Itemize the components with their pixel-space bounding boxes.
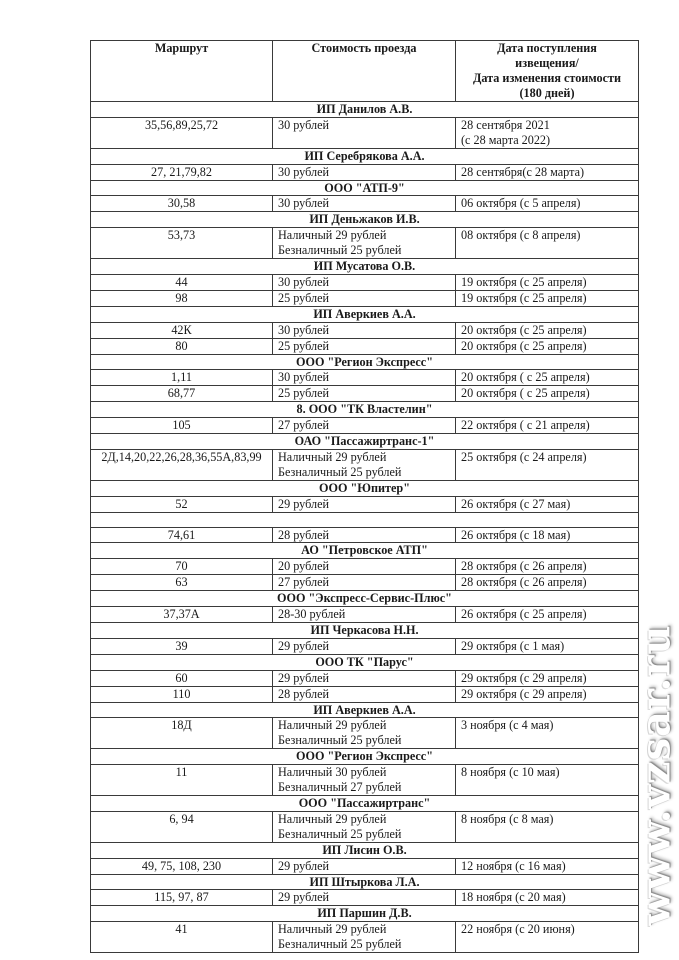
- price-line: 29 рублей: [278, 890, 450, 905]
- carrier-name: ООО "Экспресс-Сервис-Плюс": [91, 591, 639, 607]
- table-row: 41Наличный 29 рублейБезналичный 25 рубле…: [91, 922, 639, 953]
- carrier-name: ИП Аверкиев А.А.: [91, 702, 639, 718]
- carrier-section-row: ООО ТК "Парус": [91, 654, 639, 670]
- date-cell: 20 октября (с 25 апреля): [456, 322, 639, 338]
- carrier-name: ООО "Регион Экспресс": [91, 749, 639, 765]
- date-cell: 26 октября (с 27 мая): [456, 496, 639, 512]
- date-cell: 28 сентября(с 28 марта): [456, 164, 639, 180]
- route-cell: 53,73: [91, 228, 273, 259]
- date-line: 19 октября (с 25 апреля): [461, 275, 633, 290]
- carrier-section-row: ИП Черкасова Н.Н.: [91, 623, 639, 639]
- document-page: Маршрут Стоимость проезда Дата поступлен…: [0, 0, 679, 960]
- price-cell: Наличный 30 рублейБезналичный 27 рублей: [273, 765, 456, 796]
- price-line: 30 рублей: [278, 370, 450, 385]
- price-line: Наличный 29 рублей: [278, 228, 450, 243]
- price-line: Наличный 29 рублей: [278, 812, 450, 827]
- table-row: 53,73Наличный 29 рублейБезналичный 25 ру…: [91, 228, 639, 259]
- header-date: Дата поступления извещения/ Дата изменен…: [456, 41, 639, 102]
- table-row: 7020 рублей28 октября (с 26 апреля): [91, 559, 639, 575]
- route-cell: 110: [91, 686, 273, 702]
- price-cell: 30 рублей: [273, 196, 456, 212]
- table-row: 74,6128 рублей26 октября (с 18 мая): [91, 527, 639, 543]
- carrier-section-row: ИП Аверкиев А.А.: [91, 702, 639, 718]
- carrier-section-row: ИП Серебрякова А.А.: [91, 148, 639, 164]
- price-line: Безналичный 25 рублей: [278, 465, 450, 480]
- route-cell: 11: [91, 765, 273, 796]
- date-cell: 26 октября (с 25 апреля): [456, 607, 639, 623]
- date-line: 06 октября (с 5 апреля): [461, 196, 633, 211]
- price-cell: 28 рублей: [273, 686, 456, 702]
- carrier-section-row: ИП Аверкиев А.А.: [91, 306, 639, 322]
- date-line: 22 ноября (с 20 июня): [461, 922, 633, 937]
- table-row: 3929 рублей29 октября (с 1 мая): [91, 638, 639, 654]
- date-line: 25 октября (с 24 апреля): [461, 450, 633, 465]
- route-cell: 6, 94: [91, 811, 273, 842]
- date-cell: 08 октября (с 8 апреля): [456, 228, 639, 259]
- route-cell: 115, 97, 87: [91, 890, 273, 906]
- date-cell: 26 октября (с 18 мая): [456, 527, 639, 543]
- date-cell: 19 октября (с 25 апреля): [456, 290, 639, 306]
- date-cell: 28 октября (с 26 апреля): [456, 559, 639, 575]
- carrier-section-row: АО "Петровское АТП": [91, 543, 639, 559]
- price-line: Наличный 29 рублей: [278, 450, 450, 465]
- header-date-line: Дата изменения стоимости: [461, 71, 633, 86]
- price-cell: 29 рублей: [273, 638, 456, 654]
- price-cell: 27 рублей: [273, 575, 456, 591]
- price-line: Безналичный 27 рублей: [278, 780, 450, 795]
- table-row: 68,7725 рублей20 октября ( с 25 апреля): [91, 386, 639, 402]
- price-cell: Наличный 29 рублейБезналичный 25 рублей: [273, 922, 456, 953]
- table-row: 5229 рублей26 октября (с 27 мая): [91, 496, 639, 512]
- date-cell: 20 октября ( с 25 апреля): [456, 386, 639, 402]
- carrier-name: ИП Черкасова Н.Н.: [91, 623, 639, 639]
- table-row: 1,1130 рублей20 октября ( с 25 апреля): [91, 370, 639, 386]
- date-line: 28 октября (с 26 апреля): [461, 559, 633, 574]
- price-cell: 30 рублей: [273, 322, 456, 338]
- date-line: 29 октября (с 29 апреля): [461, 671, 633, 686]
- table-row: 8025 рублей20 октября (с 25 апреля): [91, 338, 639, 354]
- route-cell: 74,61: [91, 527, 273, 543]
- route-cell: 80: [91, 338, 273, 354]
- date-cell: 20 октября ( с 25 апреля): [456, 370, 639, 386]
- price-cell: Наличный 29 рублейБезналичный 25 рублей: [273, 228, 456, 259]
- date-cell: 8 ноября (с 8 мая): [456, 811, 639, 842]
- price-cell: 25 рублей: [273, 290, 456, 306]
- price-cell: 25 рублей: [273, 338, 456, 354]
- price-line: Наличный 30 рублей: [278, 765, 450, 780]
- carrier-name: ИП Паршин Д.В.: [91, 906, 639, 922]
- table-row: 6, 94Наличный 29 рублейБезналичный 25 ру…: [91, 811, 639, 842]
- route-cell: 37,37А: [91, 607, 273, 623]
- price-line: 30 рублей: [278, 165, 450, 180]
- price-line: 29 рублей: [278, 671, 450, 686]
- carrier-name: ООО "Регион Экспресс": [91, 354, 639, 370]
- price-cell: 30 рублей: [273, 274, 456, 290]
- route-cell: 18Д: [91, 718, 273, 749]
- site-watermark: www.vzsar.ru: [636, 600, 676, 950]
- date-line: 8 ноября (с 8 мая): [461, 812, 633, 827]
- route-cell: 105: [91, 418, 273, 434]
- carrier-name: ИП Лисин О.В.: [91, 842, 639, 858]
- price-line: 28 рублей: [278, 528, 450, 543]
- carrier-section-row: ООО "Регион Экспресс": [91, 354, 639, 370]
- date-cell: 3 ноября (с 4 мая): [456, 718, 639, 749]
- date-line: 12 ноября (с 16 мая): [461, 859, 633, 874]
- price-line: 28 рублей: [278, 687, 450, 702]
- price-line: 30 рублей: [278, 323, 450, 338]
- table-row: 11028 рублей29 октября (с 29 апреля): [91, 686, 639, 702]
- date-line: 18 ноября (с 20 мая): [461, 890, 633, 905]
- date-line: 26 октября (с 27 мая): [461, 497, 633, 512]
- carrier-section-row: ИП Деньжаков И.В.: [91, 212, 639, 228]
- date-cell: 28 сентября 2021(с 28 марта 2022): [456, 117, 639, 148]
- price-line: Безналичный 25 рублей: [278, 827, 450, 842]
- table-row: 35,56,89,25,7230 рублей28 сентября 2021(…: [91, 117, 639, 148]
- price-line: 30 рублей: [278, 275, 450, 290]
- table-body: ИП Данилов А.В.35,56,89,25,7230 рублей28…: [91, 102, 639, 953]
- price-cell: 25 рублей: [273, 386, 456, 402]
- date-line: 19 октября (с 25 апреля): [461, 291, 633, 306]
- date-cell: 22 ноября (с 20 июня): [456, 922, 639, 953]
- route-cell: 49, 75, 108, 230: [91, 858, 273, 874]
- route-cell: 70: [91, 559, 273, 575]
- header-price: Стоимость проезда: [273, 41, 456, 102]
- date-cell: 20 октября (с 25 апреля): [456, 338, 639, 354]
- carrier-name: ООО "АТП-9": [91, 180, 639, 196]
- date-line: 20 октября ( с 25 апреля): [461, 370, 633, 385]
- carrier-section-row: ИП Штыркова Л.А.: [91, 874, 639, 890]
- carrier-section-row: ООО "Пассажиртранс": [91, 795, 639, 811]
- carrier-name: ИП Деньжаков И.В.: [91, 212, 639, 228]
- route-cell: 68,77: [91, 386, 273, 402]
- date-cell: 29 октября (с 29 апреля): [456, 670, 639, 686]
- date-line: 28 сентября 2021: [461, 118, 633, 133]
- carrier-section-row: ИП Мусатова О.В.: [91, 259, 639, 275]
- route-cell: 39: [91, 638, 273, 654]
- table-row: 42К30 рублей20 октября (с 25 апреля): [91, 322, 639, 338]
- price-line: 25 рублей: [278, 291, 450, 306]
- date-cell: 8 ноября (с 10 мая): [456, 765, 639, 796]
- price-line: Безналичный 25 рублей: [278, 937, 450, 952]
- route-cell: 35,56,89,25,72: [91, 117, 273, 148]
- date-line: 28 октября (с 26 апреля): [461, 575, 633, 590]
- carrier-section-row: ООО "АТП-9": [91, 180, 639, 196]
- carrier-name: ООО "Юпитер": [91, 480, 639, 496]
- price-line: 25 рублей: [278, 386, 450, 401]
- price-line: Безналичный 25 рублей: [278, 243, 450, 258]
- carrier-section-row: ООО "Регион Экспресс": [91, 749, 639, 765]
- price-line: 29 рублей: [278, 497, 450, 512]
- route-cell: 41: [91, 922, 273, 953]
- carrier-name: ИП Мусатова О.В.: [91, 259, 639, 275]
- date-line: 29 октября (с 29 апреля): [461, 687, 633, 702]
- carrier-name: ООО ТК "Парус": [91, 654, 639, 670]
- header-date-line: извещения/: [461, 56, 633, 71]
- carrier-section-row: ООО "Экспресс-Сервис-Плюс": [91, 591, 639, 607]
- route-cell: 42К: [91, 322, 273, 338]
- route-cell: 1,11: [91, 370, 273, 386]
- price-cell: 28 рублей: [273, 527, 456, 543]
- price-line: 25 рублей: [278, 339, 450, 354]
- route-cell: 44: [91, 274, 273, 290]
- price-cell: 27 рублей: [273, 418, 456, 434]
- route-cell: 27, 21,79,82: [91, 164, 273, 180]
- date-line: 08 октября (с 8 апреля): [461, 228, 633, 243]
- carrier-name: ИП Аверкиев А.А.: [91, 306, 639, 322]
- price-cell: 30 рублей: [273, 164, 456, 180]
- table-row: 49, 75, 108, 23029 рублей12 ноября (с 16…: [91, 858, 639, 874]
- watermark-text: www.vzsar.ru: [633, 624, 679, 925]
- price-line: Наличный 29 рублей: [278, 922, 450, 937]
- price-cell: 30 рублей: [273, 117, 456, 148]
- carrier-section-row: ИП Данилов А.В.: [91, 102, 639, 118]
- date-cell: 29 октября (с 1 мая): [456, 638, 639, 654]
- price-line: 27 рублей: [278, 575, 450, 590]
- price-cell: 20 рублей: [273, 559, 456, 575]
- price-cell: 29 рублей: [273, 670, 456, 686]
- carrier-name: ИП Данилов А.В.: [91, 102, 639, 118]
- route-cell: 30,58: [91, 196, 273, 212]
- table-row: 6327 рублей28 октября (с 26 апреля): [91, 575, 639, 591]
- route-cell: 63: [91, 575, 273, 591]
- carrier-name: ИП Серебрякова А.А.: [91, 148, 639, 164]
- table-row: 9825 рублей19 октября (с 25 апреля): [91, 290, 639, 306]
- table-row: 115, 97, 8729 рублей18 ноября (с 20 мая): [91, 890, 639, 906]
- table-row: 27, 21,79,8230 рублей28 сентября(с 28 ма…: [91, 164, 639, 180]
- route-cell: 52: [91, 496, 273, 512]
- table-row: 6029 рублей29 октября (с 29 апреля): [91, 670, 639, 686]
- price-line: 30 рублей: [278, 196, 450, 211]
- price-cell: Наличный 29 рублейБезналичный 25 рублей: [273, 449, 456, 480]
- table-row: 2Д,14,20,22,26,28,36,55А,83,99Наличный 2…: [91, 449, 639, 480]
- table-row: 11Наличный 30 рублейБезналичный 27 рубле…: [91, 765, 639, 796]
- date-cell: 19 октября (с 25 апреля): [456, 274, 639, 290]
- price-cell: 30 рублей: [273, 370, 456, 386]
- header-route: Маршрут: [91, 41, 273, 102]
- price-line: Наличный 29 рублей: [278, 718, 450, 733]
- date-cell: 25 октября (с 24 апреля): [456, 449, 639, 480]
- date-line: 26 октября (с 25 апреля): [461, 607, 633, 622]
- date-cell: 18 ноября (с 20 мая): [456, 890, 639, 906]
- price-cell: 29 рублей: [273, 496, 456, 512]
- table-header-row: Маршрут Стоимость проезда Дата поступлен…: [91, 41, 639, 102]
- price-cell: 28-30 рублей: [273, 607, 456, 623]
- route-cell: 98: [91, 290, 273, 306]
- table-row: 37,37А28-30 рублей26 октября (с 25 апрел…: [91, 607, 639, 623]
- price-line: 27 рублей: [278, 418, 450, 433]
- route-cell: 60: [91, 670, 273, 686]
- price-cell: Наличный 29 рублейБезналичный 25 рублей: [273, 811, 456, 842]
- date-line: 26 октября (с 18 мая): [461, 528, 633, 543]
- price-line: Безналичный 25 рублей: [278, 733, 450, 748]
- carrier-name: ИП Штыркова Л.А.: [91, 874, 639, 890]
- price-line: 29 рублей: [278, 859, 450, 874]
- table-row: 10527 рублей22 октября ( с 21 апреля): [91, 418, 639, 434]
- carrier-name: ООО "Пассажиртранс": [91, 795, 639, 811]
- fare-change-table: Маршрут Стоимость проезда Дата поступлен…: [90, 40, 639, 953]
- price-line: 30 рублей: [278, 118, 450, 133]
- table-row: 4430 рублей19 октября (с 25 апреля): [91, 274, 639, 290]
- carrier-section-row: ИП Лисин О.В.: [91, 842, 639, 858]
- price-line: 29 рублей: [278, 639, 450, 654]
- date-line: 20 октября (с 25 апреля): [461, 339, 633, 354]
- date-line: 3 ноября (с 4 мая): [461, 718, 633, 733]
- carrier-section-row: 8. ООО "ТК Властелин": [91, 402, 639, 418]
- carrier-name: АО "Петровское АТП": [91, 543, 639, 559]
- table-row: 30,5830 рублей06 октября (с 5 апреля): [91, 196, 639, 212]
- header-date-line: Дата поступления: [461, 41, 633, 56]
- carrier-section-row: ИП Паршин Д.В.: [91, 906, 639, 922]
- date-cell: 28 октября (с 26 апреля): [456, 575, 639, 591]
- table-row: 18ДНаличный 29 рублейБезналичный 25 рубл…: [91, 718, 639, 749]
- date-line: 28 сентября(с 28 марта): [461, 165, 633, 180]
- route-cell: 2Д,14,20,22,26,28,36,55А,83,99: [91, 449, 273, 480]
- carrier-name: 8. ООО "ТК Властелин": [91, 402, 639, 418]
- date-line: 20 октября (с 25 апреля): [461, 323, 633, 338]
- date-line: 8 ноября (с 10 мая): [461, 765, 633, 780]
- date-cell: 22 октября ( с 21 апреля): [456, 418, 639, 434]
- blank-row: [91, 512, 639, 527]
- date-line: 20 октября ( с 25 апреля): [461, 386, 633, 401]
- price-line: 28-30 рублей: [278, 607, 450, 622]
- carrier-section-row: ОАО "Пассажиртранс-1": [91, 434, 639, 450]
- carrier-section-row: ООО "Юпитер": [91, 480, 639, 496]
- date-line: 29 октября (с 1 мая): [461, 639, 633, 654]
- date-cell: 29 октября (с 29 апреля): [456, 686, 639, 702]
- date-cell: 12 ноября (с 16 мая): [456, 858, 639, 874]
- date-line: (с 28 марта 2022): [461, 133, 633, 148]
- date-line: 22 октября ( с 21 апреля): [461, 418, 633, 433]
- blank-cell: [91, 512, 639, 527]
- price-cell: 29 рублей: [273, 890, 456, 906]
- price-line: 20 рублей: [278, 559, 450, 574]
- price-cell: 29 рублей: [273, 858, 456, 874]
- date-cell: 06 октября (с 5 апреля): [456, 196, 639, 212]
- price-cell: Наличный 29 рублейБезналичный 25 рублей: [273, 718, 456, 749]
- header-date-line: (180 дней): [461, 86, 633, 101]
- carrier-name: ОАО "Пассажиртранс-1": [91, 434, 639, 450]
